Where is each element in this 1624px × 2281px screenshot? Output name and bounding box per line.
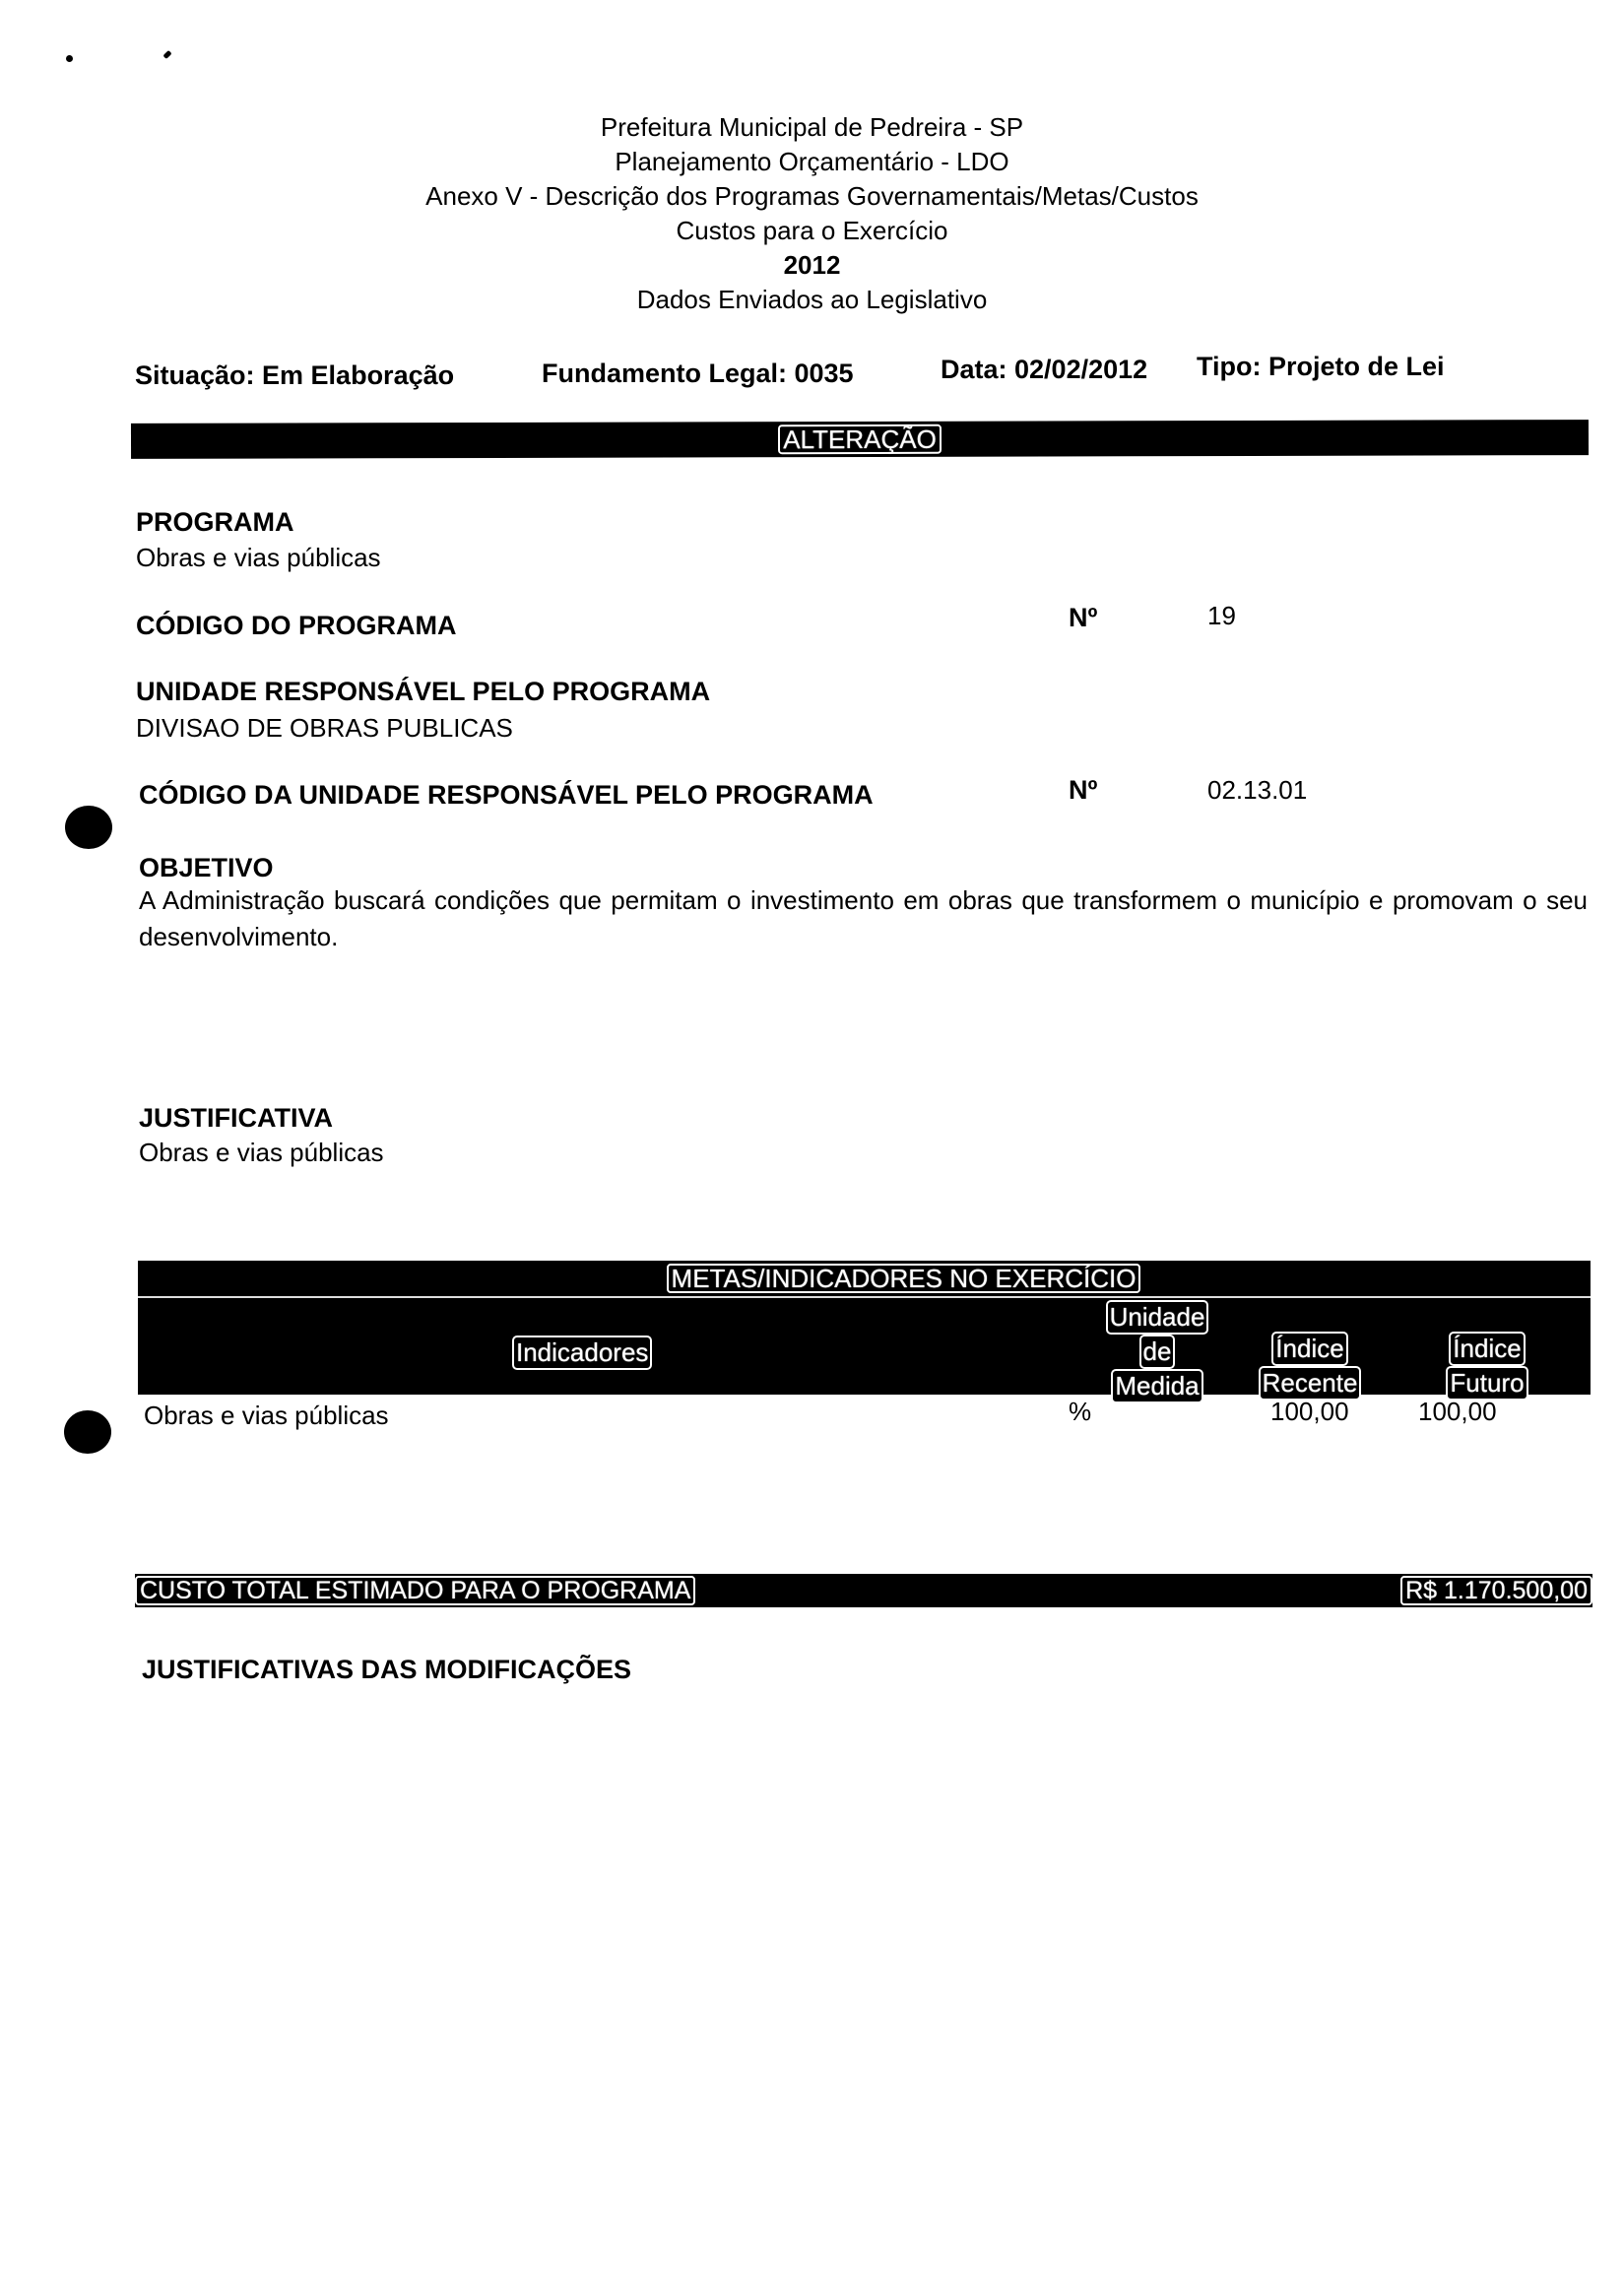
header-line: Planejamento Orçamentário - LDO bbox=[0, 145, 1624, 179]
objetivo-text: A Administração buscará condições que pe… bbox=[139, 882, 1588, 955]
table-row: Obras e vias públicas % 100,00 100,00 bbox=[138, 1395, 1591, 1434]
header-subtitle: Dados Enviados ao Legislativo bbox=[0, 283, 1624, 317]
document-header: Prefeitura Municipal de Pedreira - SP Pl… bbox=[0, 110, 1624, 317]
cell-indicador: Obras e vias públicas bbox=[144, 1401, 389, 1431]
situacao: Situação: Em Elaboração bbox=[135, 360, 454, 391]
metas-title-bar: METAS/INDICADORES NO EXERCÍCIO bbox=[138, 1261, 1591, 1296]
cell-unidade: % bbox=[1069, 1397, 1091, 1427]
justificativa-label: JUSTIFICATIVA bbox=[139, 1103, 333, 1134]
column-header-indice-recente: Índice Recente bbox=[1241, 1332, 1379, 1401]
codigo-programa-label: CÓDIGO DO PROGRAMA bbox=[136, 611, 457, 641]
header-line: Anexo V - Descrição dos Programas Govern… bbox=[0, 179, 1624, 214]
metas-table: METAS/INDICADORES NO EXERCÍCIO Indicador… bbox=[138, 1261, 1591, 1434]
header-line: Custos para o Exercício bbox=[0, 214, 1624, 248]
codigo-programa-value: 19 bbox=[1207, 601, 1236, 631]
unidade-label: UNIDADE RESPONSÁVEL PELO PROGRAMA bbox=[136, 677, 710, 707]
metas-title: METAS/INDICADORES NO EXERCÍCIO bbox=[667, 1264, 1141, 1293]
header-year: 2012 bbox=[0, 248, 1624, 283]
codigo-programa-no: Nº bbox=[1069, 603, 1097, 633]
tipo: Tipo: Projeto de Lei bbox=[1197, 352, 1445, 382]
cell-indice-recente: 100,00 bbox=[1270, 1397, 1349, 1427]
column-header-indicadores: Indicadores bbox=[512, 1336, 652, 1370]
justificativa-value: Obras e vias públicas bbox=[139, 1138, 384, 1168]
unidade-value: DIVISAO DE OBRAS PUBLICAS bbox=[136, 713, 513, 744]
codigo-unidade-value: 02.13.01 bbox=[1207, 775, 1307, 806]
fundamento-legal: Fundamento Legal: 0035 bbox=[542, 358, 854, 389]
custo-total-bar: CUSTO TOTAL ESTIMADO PARA O PROGRAMA R$ … bbox=[135, 1574, 1592, 1607]
data: Data: 02/02/2012 bbox=[941, 355, 1147, 385]
custo-value: R$ 1.170.500,00 bbox=[1400, 1576, 1592, 1605]
codigo-unidade-no: Nº bbox=[1069, 775, 1097, 806]
header-line: Prefeitura Municipal de Pedreira - SP bbox=[0, 110, 1624, 145]
justificativas-modificacoes-label: JUSTIFICATIVAS DAS MODIFICAÇÕES bbox=[142, 1655, 631, 1685]
cell-indice-futuro: 100,00 bbox=[1418, 1397, 1497, 1427]
objetivo-label: OBJETIVO bbox=[139, 853, 274, 883]
codigo-unidade-label: CÓDIGO DA UNIDADE RESPONSÁVEL PELO PROGR… bbox=[139, 780, 874, 811]
scan-speck bbox=[162, 50, 171, 59]
column-header-unidade: Unidade de Medida bbox=[1083, 1300, 1231, 1403]
metas-header-row: Indicadores Unidade de Medida Índice Rec… bbox=[138, 1296, 1591, 1395]
scan-speck bbox=[66, 55, 73, 62]
custo-label: CUSTO TOTAL ESTIMADO PARA O PROGRAMA bbox=[135, 1576, 695, 1605]
alteracao-label: ALTERAÇÃO bbox=[778, 424, 942, 454]
programa-label: PROGRAMA bbox=[136, 507, 294, 538]
punch-hole bbox=[65, 806, 112, 849]
programa-value: Obras e vias públicas bbox=[136, 543, 381, 573]
alteracao-bar: ALTERAÇÃO bbox=[131, 420, 1589, 459]
column-header-indice-futuro: Índice Futuro bbox=[1428, 1332, 1546, 1401]
punch-hole bbox=[64, 1410, 111, 1454]
